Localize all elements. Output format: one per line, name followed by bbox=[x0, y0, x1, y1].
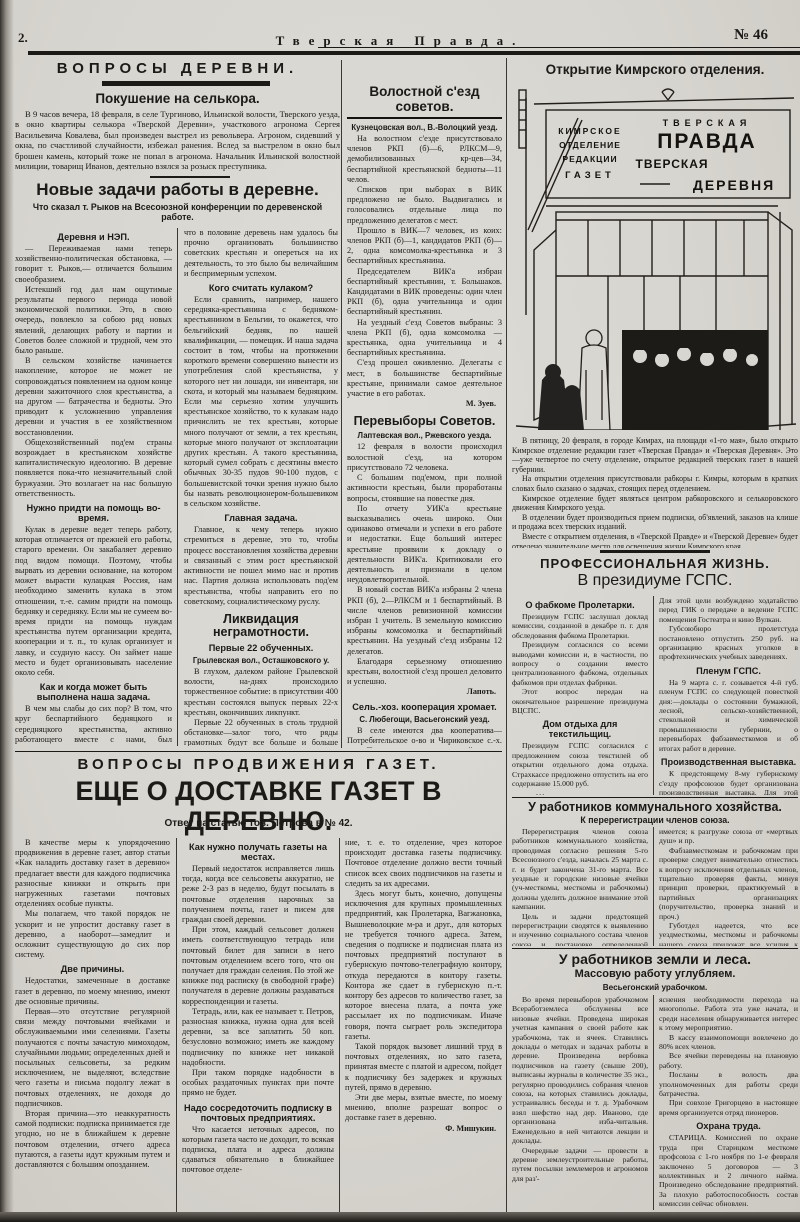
paragraph: Посланы в волость два уполномоченных для… bbox=[659, 1070, 798, 1098]
subheading: Охрана труда. bbox=[659, 1121, 798, 1131]
subheading: Две причины. bbox=[15, 964, 170, 974]
signature: Ф. Мишукин. bbox=[345, 1124, 502, 1134]
dateline: Лаптевская вол., Ржевского уезда. bbox=[347, 431, 502, 440]
paragraph: При таком порядке надобности в особых ра… bbox=[182, 1068, 334, 1099]
paragraph: В новый состав ВИК'а избраны 2 члена РКП… bbox=[347, 585, 502, 656]
article-title-attempt: Покушение на селькора. bbox=[15, 91, 340, 106]
paragraph: Губсоюбюро пролетстуда постановлено отпу… bbox=[659, 624, 798, 662]
svg-text:КИМРСКОЕ: КИМРСКОЕ bbox=[558, 126, 621, 136]
column-rule bbox=[653, 827, 654, 946]
column-rule bbox=[177, 228, 178, 746]
section-title-union: ПРОФЕССИОНАЛЬНАЯ ЖИЗНЬ. bbox=[512, 556, 798, 571]
article-column: Волостной с'езд советов.Кузнецовская вол… bbox=[347, 84, 502, 748]
paragraph: — Переживаемая нами теперь хозяйственно-… bbox=[15, 244, 172, 285]
svg-text:РЕДАКЦИИ: РЕДАКЦИИ bbox=[562, 154, 617, 164]
signature: Лапоть. bbox=[347, 687, 502, 697]
article-heading: Волостной с'езд советов. bbox=[347, 84, 502, 119]
article-column: В качестве меры к упорядочению продвижен… bbox=[15, 838, 170, 1212]
article-column: яснения необходимости перехода на многоп… bbox=[659, 995, 798, 1210]
subheading: Главная задача. bbox=[184, 513, 338, 523]
kicker-bar bbox=[102, 81, 270, 86]
section-kicker-delivery: ВОПРОСЫ ПРОДВИЖЕНИЯ ГАЗЕТ. bbox=[15, 756, 502, 773]
article-column: О фабкоме Пролетарки.Президиум ГСПС засл… bbox=[512, 596, 648, 795]
paragraph: Тетрадь, или, как ее называет т. Петров,… bbox=[182, 1007, 334, 1068]
article-subtitle-delivery: Ответ на статью тов. Петрова в № 42. bbox=[15, 818, 502, 829]
dateline: Грылевская вол., Осташковского у. bbox=[184, 656, 338, 665]
section-title-land: У работников земли и леса. bbox=[512, 951, 798, 967]
paragraph: Этот вопрос передан на окончательное раз… bbox=[512, 687, 648, 715]
paragraph: В качестве меры к упорядочению продвижен… bbox=[15, 838, 170, 909]
svg-text:ДЕРЕВНЯ: ДЕРЕВНЯ bbox=[693, 177, 775, 193]
dateline: С. Любегощи, Васьегонский уезд. bbox=[347, 715, 502, 724]
paragraph: Что касается неточных адресов, по которы… bbox=[182, 1125, 334, 1176]
paragraph: Первые 22 обученных в столь трудной обст… bbox=[184, 718, 338, 746]
paragraph: С большим под'емом, при полной активност… bbox=[347, 473, 502, 504]
paragraph: СТАРИЦА. Комиссией по охране труда при С… bbox=[659, 1133, 798, 1208]
paragraph: Первая—это отсутствие регулярной связи м… bbox=[15, 1007, 170, 1109]
paragraph: В селе имеются два кооператива— Потребит… bbox=[347, 726, 502, 748]
paragraph: Благодаря серьезному отношению крестьян,… bbox=[347, 657, 502, 688]
paragraph: Истекший год дал нам ощутимые результаты… bbox=[15, 285, 172, 356]
article-body-attempt: В 9 часов вечера, 18 февраля, в селе Тур… bbox=[15, 109, 340, 173]
column-rule bbox=[653, 596, 654, 795]
issue-number: № 46 bbox=[734, 27, 768, 44]
paragraph: ние, т. е. то отделение, чрез которое пр… bbox=[345, 838, 502, 889]
svg-text:ГАЗЕТ: ГАЗЕТ bbox=[565, 170, 615, 181]
paragraph: Здесь могут быть, конечно, допущены искл… bbox=[345, 889, 502, 1042]
article-body-kimry: В пятницу, 20 февраля, в городе Кимрах, … bbox=[512, 436, 798, 548]
article-column: Деревня и НЭП.— Переживаемая нами теперь… bbox=[15, 228, 172, 746]
newspaper-page: 2. Тверская Правда. № 46 ВОПРОСЫ ДЕРЕВНИ… bbox=[0, 0, 800, 1222]
section-subtitle-union: В президиуме ГСПС. bbox=[512, 572, 798, 590]
subheading: О фабкоме Пролетарки. bbox=[512, 600, 648, 610]
paragraph: При этом, каждый сельсовет должен иметь … bbox=[182, 925, 334, 1007]
paragraph: К предстоящему 8-му губернскому с'езду п… bbox=[659, 769, 798, 795]
section-rule bbox=[15, 751, 502, 752]
paragraph: С'езд прошел оживленно. Делегаты с мест,… bbox=[347, 358, 502, 399]
paragraph: Фабзавместкомам и рабочкомам при проверк… bbox=[659, 846, 798, 921]
storefront-illustration: КИМРСКОЕ ОТДЕЛЕНИЕ РЕДАКЦИИ ГАЗЕТ ТВЕРСК… bbox=[512, 80, 798, 430]
column-rule bbox=[176, 838, 177, 1212]
section-rule bbox=[512, 948, 798, 949]
page-bottom-edge bbox=[0, 1212, 800, 1222]
paragraph: На волостном с'езде присутствовало члено… bbox=[347, 134, 502, 185]
subheading: Как и когда может быть выполнена наша за… bbox=[15, 682, 172, 702]
paragraph: При совхозе Григорцево в настоящее время… bbox=[659, 1098, 798, 1117]
article-subtitle-tasks: Что сказал т. Рыков на Всесоюзной конфер… bbox=[28, 202, 327, 222]
paragraph: Председателем ВИК'а избран беспартийный … bbox=[347, 267, 502, 318]
signature: В. Быстрый. bbox=[659, 1209, 798, 1210]
article-title-tasks: Новые задачи работы в деревне. bbox=[15, 180, 340, 200]
subheading: Как нужно получать газеты на местах. bbox=[182, 842, 334, 862]
section-subtitle-communal: К перерегистрации членов союза. bbox=[512, 815, 798, 825]
svg-text:ТВЕРСКАЯ: ТВЕРСКАЯ bbox=[636, 157, 709, 171]
paragraph: Очередные задачи — провести в деревне зе… bbox=[512, 1146, 648, 1184]
subheading: Деревня и НЭП. bbox=[15, 232, 172, 242]
section-heading: Ликвидация неграмотности. bbox=[184, 613, 338, 639]
paragraph: 12 февраля в волости происходил волостно… bbox=[347, 442, 502, 473]
article-column: Во время перевыборов урабочкомом Всерабо… bbox=[512, 995, 648, 1210]
subheading: Жилстроительство железнодорожников. bbox=[512, 793, 648, 796]
paragraph: имеется; к разгрузке союза от «мертвых д… bbox=[659, 827, 798, 846]
section-title-communal: У работников коммунального хозяйства. bbox=[512, 800, 798, 814]
article-column: что в половине деревень нам удалось бы п… bbox=[184, 228, 338, 746]
svg-text:ПРАВДА: ПРАВДА bbox=[657, 130, 756, 153]
paragraph: В кассу взаимопомощи вовлечено до 80% вс… bbox=[659, 1033, 798, 1052]
header-rule-thin bbox=[318, 47, 800, 48]
article-column: Для этой цели возбуждено ходатайство пер… bbox=[659, 596, 798, 795]
header-rule-thick bbox=[28, 51, 800, 55]
paragraph: яснения необходимости перехода на многоп… bbox=[659, 995, 798, 1033]
paragraph: В отделении будет производиться прием по… bbox=[512, 513, 798, 532]
paragraph: Вторая причина—это неаккуратность самой … bbox=[15, 1109, 170, 1170]
paragraph: Общехозяйственный под'ем страны возрожда… bbox=[15, 438, 172, 499]
paragraph: В сельском хозяйстве начинается накоплен… bbox=[15, 356, 172, 438]
article-column: имеется; к разгрузке союза от «мертвых д… bbox=[659, 827, 798, 946]
paragraph: Эти две меры, взятые вместе, по моему мн… bbox=[345, 1093, 502, 1124]
paragraph: Цель и задачи предстоящей перерегистраци… bbox=[512, 912, 648, 946]
paragraph: В глухом, далеком районе Грылевской воло… bbox=[184, 667, 338, 718]
svg-text:ТВЕРСКАЯ: ТВЕРСКАЯ bbox=[663, 118, 752, 128]
page-column-rule bbox=[506, 58, 507, 1212]
paragraph: В чем мы слабы до сих пор? В том, что кр… bbox=[15, 704, 172, 746]
paragraph: Списков при выборах в ВИК предложено не … bbox=[347, 185, 502, 226]
paragraph: На уездный с'езд Советов выбраны: 3 член… bbox=[347, 318, 502, 359]
section-rule bbox=[512, 797, 798, 798]
paragraph: В пятницу, 20 февраля, в городе Кимрах, … bbox=[512, 436, 798, 474]
paragraph: Кимрское отделение будет являться центро… bbox=[512, 494, 798, 513]
paragraph: Кулак в деревне ведет теперь работу, кот… bbox=[15, 525, 172, 678]
paragraph: Губотдел надеется, что все уездместкомы,… bbox=[659, 921, 798, 946]
subheading: Сель.-хоз. кооперация хромает. bbox=[347, 702, 502, 712]
subheading: Первые 22 обученных. bbox=[184, 643, 338, 653]
paragraph: что в половине деревень нам удалось бы п… bbox=[184, 228, 338, 279]
subheading: Надо сосредоточить подписку в почтовых п… bbox=[182, 1103, 334, 1123]
section-subtitle-land: Массовую работу углубляем. bbox=[512, 968, 798, 980]
paragraph: Прошло в ВИК—7 человек, из коих: членов … bbox=[347, 226, 502, 267]
paragraph: Перерегистрация членов союза работников … bbox=[512, 827, 648, 912]
paragraph: Мы полагаем, что такой порядок не ускори… bbox=[15, 909, 170, 960]
svg-text:ОТДЕЛЕНИЕ: ОТДЕЛЕНИЕ bbox=[559, 140, 621, 150]
article-title-kimry: Открытие Кимрского отделения. bbox=[512, 62, 798, 77]
article-divider bbox=[150, 176, 230, 178]
paragraph: На 9 марта с. г. созывается 4-й губ. пле… bbox=[659, 678, 798, 753]
subheading: Нужно придти на помощь во-время. bbox=[15, 503, 172, 523]
article-column: ние, т. е. то отделение, чрез которое пр… bbox=[345, 838, 502, 1212]
column-rule bbox=[653, 995, 654, 1210]
paragraph: По отчету УИК'а крестьяне высказывались … bbox=[347, 504, 502, 586]
paragraph: Главное, к чему теперь нужно стремиться … bbox=[184, 525, 338, 607]
section-divider bbox=[600, 550, 710, 553]
subheading: Пленум ГСПС. bbox=[659, 666, 798, 676]
paragraph: Президиум ГСПС согласился с предложением… bbox=[512, 741, 648, 788]
paragraph: На открытии отделения присутствовали раб… bbox=[512, 474, 798, 493]
article-column: Как нужно получать газеты на местах.Перв… bbox=[182, 838, 334, 1212]
paragraph: Вместе с открытием отделения, в «Тверско… bbox=[512, 532, 798, 548]
paragraph: Недостатки, замеченные в доставке газет … bbox=[15, 976, 170, 1007]
paragraph: Такой порядок вызовет лишний труд в почт… bbox=[345, 1042, 502, 1093]
paragraph: Президиум согласился со всеми выводами к… bbox=[512, 640, 648, 687]
article-column: Перерегистрация членов союза работников … bbox=[512, 827, 648, 946]
section-heading: Перевыборы Советов. bbox=[347, 415, 502, 428]
column-rule bbox=[341, 60, 342, 748]
subheading: Кого считать кулаком? bbox=[184, 283, 338, 293]
paragraph: Для этой цели возбуждено ходатайство пер… bbox=[659, 596, 798, 624]
spine-shadow bbox=[0, 0, 14, 1222]
dateline-land: Весьегонский урабочком. bbox=[512, 983, 798, 992]
section-kicker-village: ВОПРОСЫ ДЕРЕВНИ. bbox=[15, 60, 340, 77]
paragraph: Во время перевыборов урабочкомом Всерабо… bbox=[512, 995, 648, 1146]
paragraph: Все ячейки переведены на плановую работу… bbox=[659, 1051, 798, 1070]
signature: М. Зуев. bbox=[347, 399, 502, 409]
paragraph: Первый недостаток исправляется лишь тогд… bbox=[182, 864, 334, 925]
paragraph: Президиум ГСПС заслушал доклад комиссии,… bbox=[512, 612, 648, 640]
column-rule bbox=[339, 838, 340, 1212]
paragraph: Если сравнить, например, нашего середняк… bbox=[184, 295, 338, 509]
subheading: Производственная выставка. bbox=[659, 757, 798, 767]
subheading: Дом отдыха для текстильщиц. bbox=[512, 719, 648, 739]
dateline: Кузнецовская вол., В.-Волоцкий уезд. bbox=[347, 123, 502, 132]
